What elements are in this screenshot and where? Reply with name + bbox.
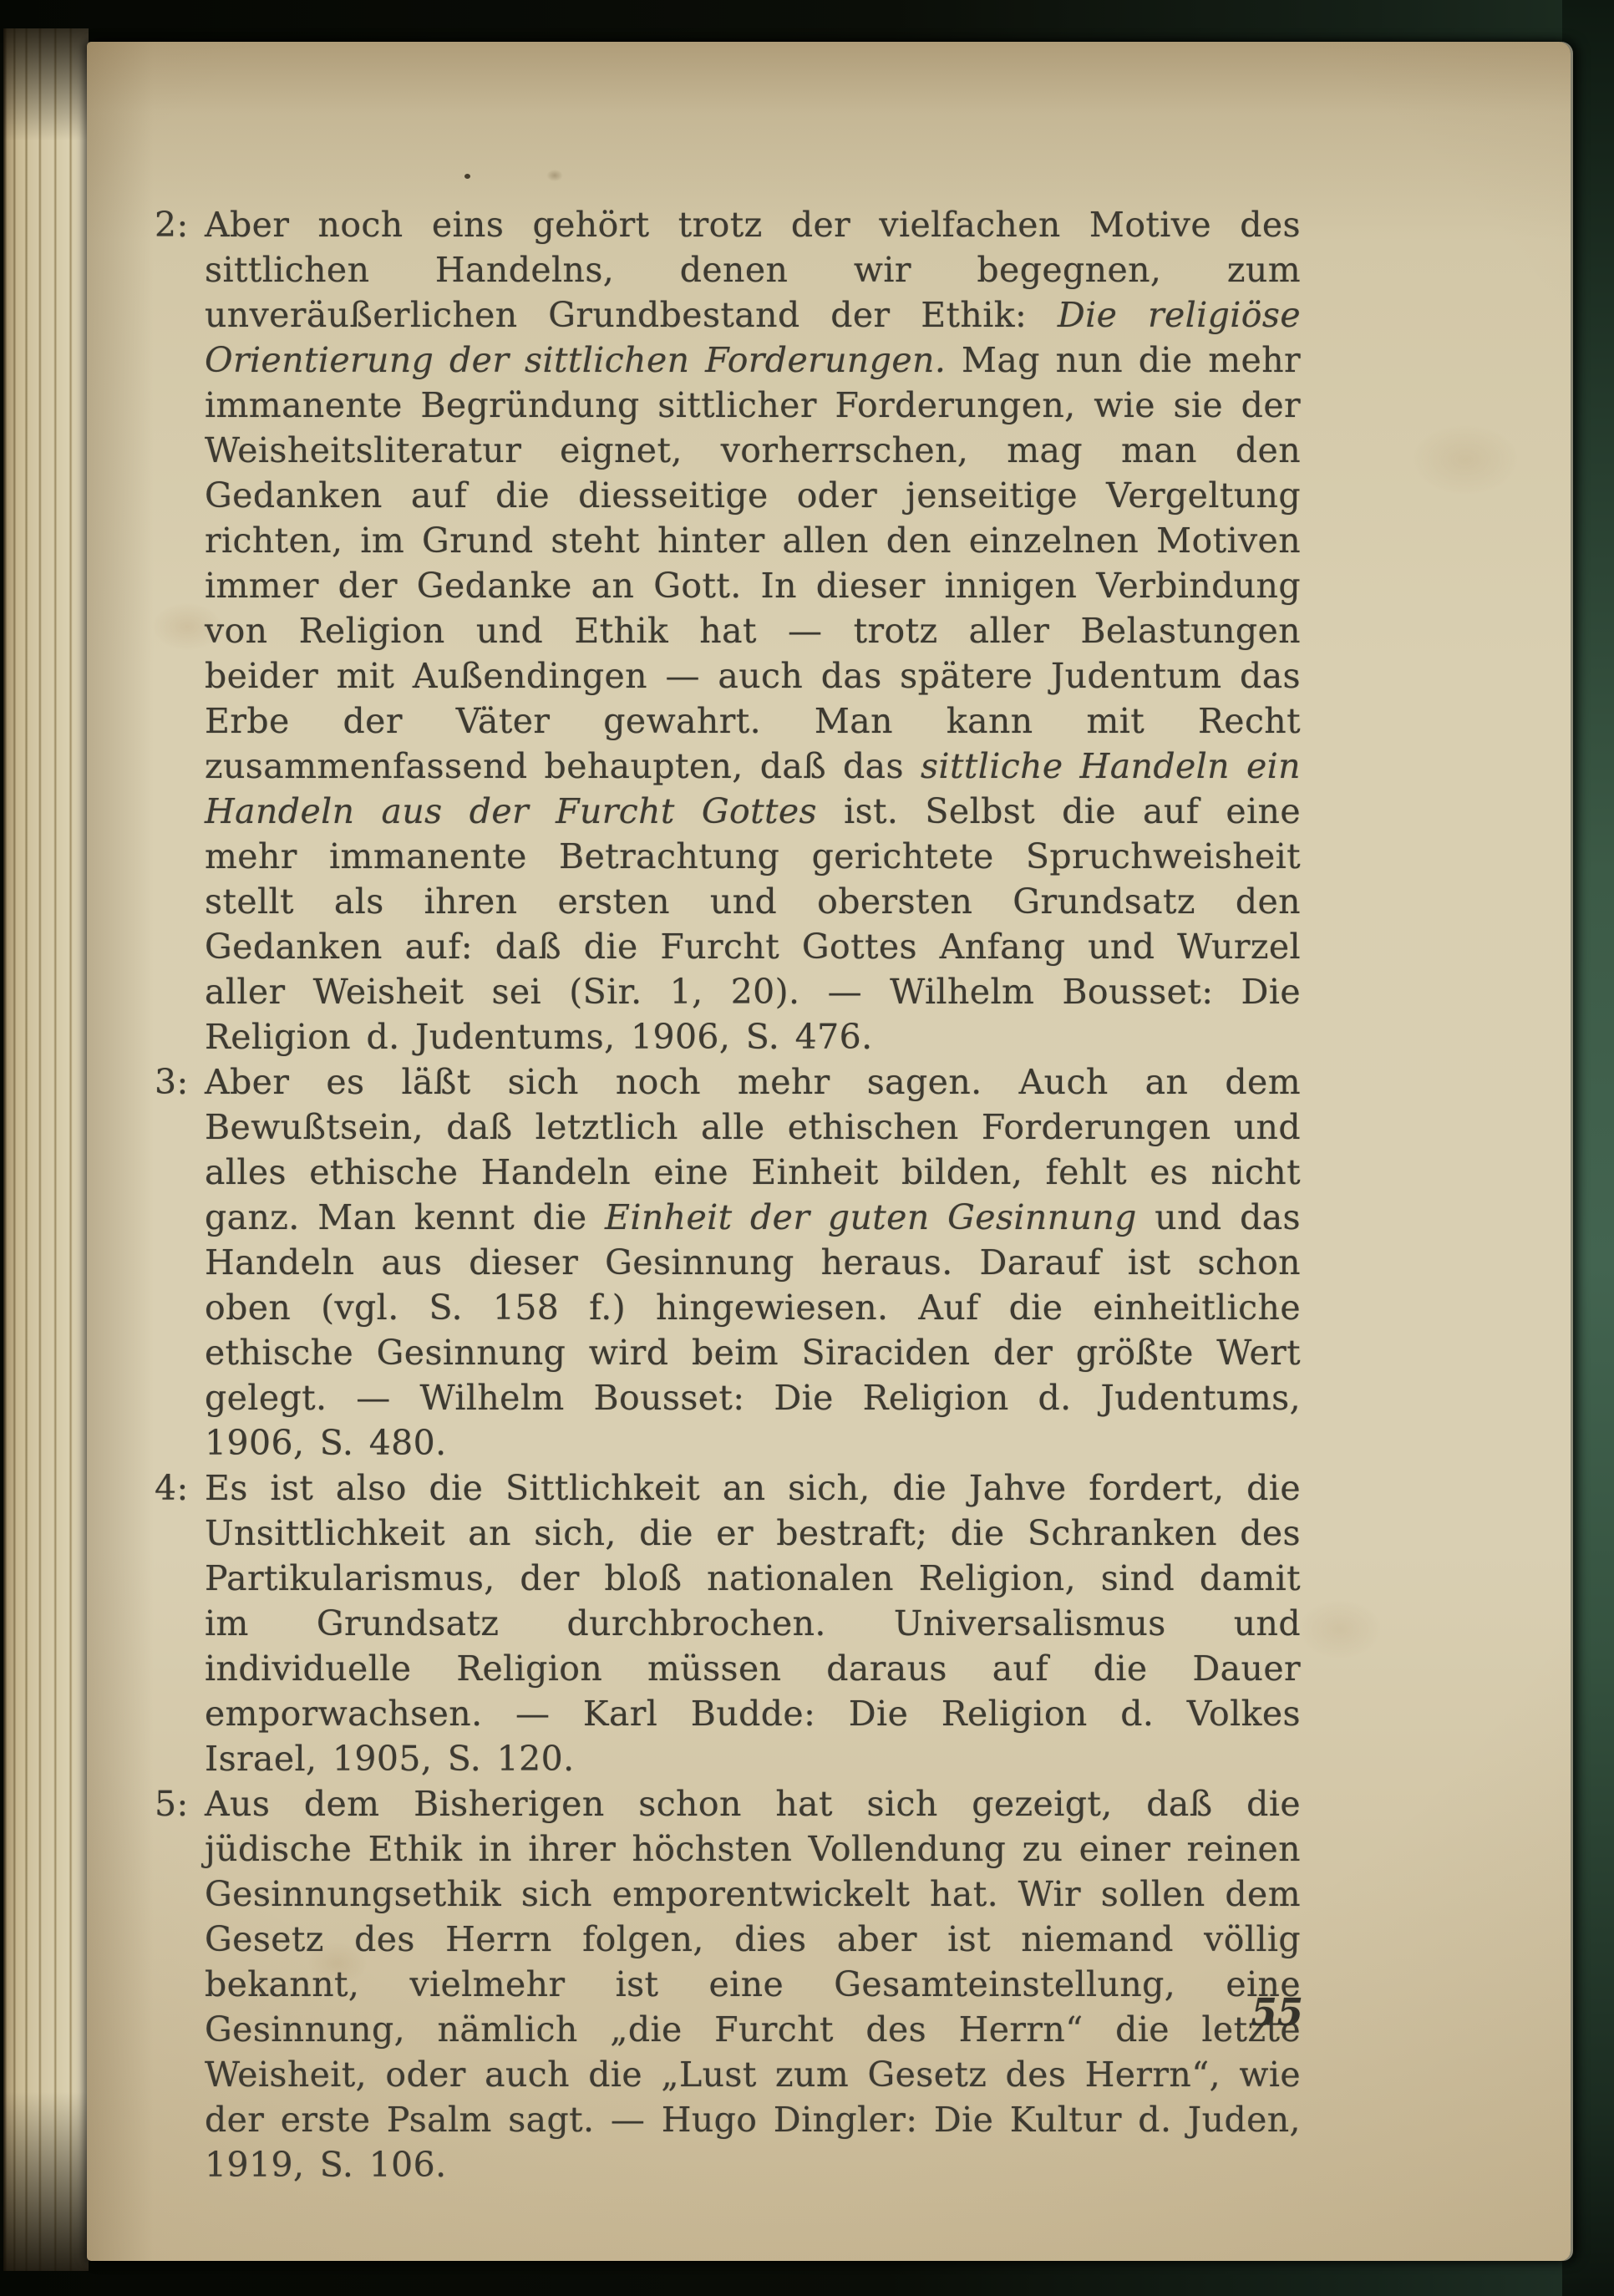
footnotes: 2:Aber noch eins gehört trotz der vielfa…	[155, 202, 1301, 2187]
footnote-paragraph: 2:Aber noch eins gehört trotz der vielfa…	[155, 202, 1301, 1059]
paragraph-marker: 4:	[155, 1465, 205, 1511]
footnote-paragraph: 4:Es ist also die Sittlichkeit an sich, …	[155, 1465, 1301, 1781]
paragraph-text: Es ist also die Sittlichkeit an sich, di…	[205, 1468, 1301, 1779]
paragraph-text: Mag nun die mehr immanente Begründung si…	[205, 340, 1301, 786]
ink-speck	[464, 174, 470, 179]
footnote-paragraph: 5:Aus dem Bisherigen schon hat sich geze…	[155, 1781, 1301, 2187]
book-cover-top-edge	[0, 0, 1614, 43]
book-cover-bottom-edge	[0, 2258, 1614, 2296]
paragraph-text: Aus dem Bisherigen schon hat sich gezeig…	[205, 1784, 1301, 2185]
page-edge-stack	[3, 28, 89, 2271]
paragraph-marker: 2:	[155, 202, 205, 247]
footnote-paragraph: 3:Aber es läßt sich noch mehr sagen. Auc…	[155, 1059, 1301, 1465]
scanned-book-photo: { "page": { "number": "55", "paper_color…	[0, 0, 1614, 2296]
paragraph-marker: 3:	[155, 1059, 205, 1105]
page-number: 55	[1203, 1992, 1303, 2034]
italic-emphasis: Einheit der guten Gesinnung	[605, 1197, 1137, 1237]
paragraph-marker: 5:	[155, 1781, 205, 1826]
